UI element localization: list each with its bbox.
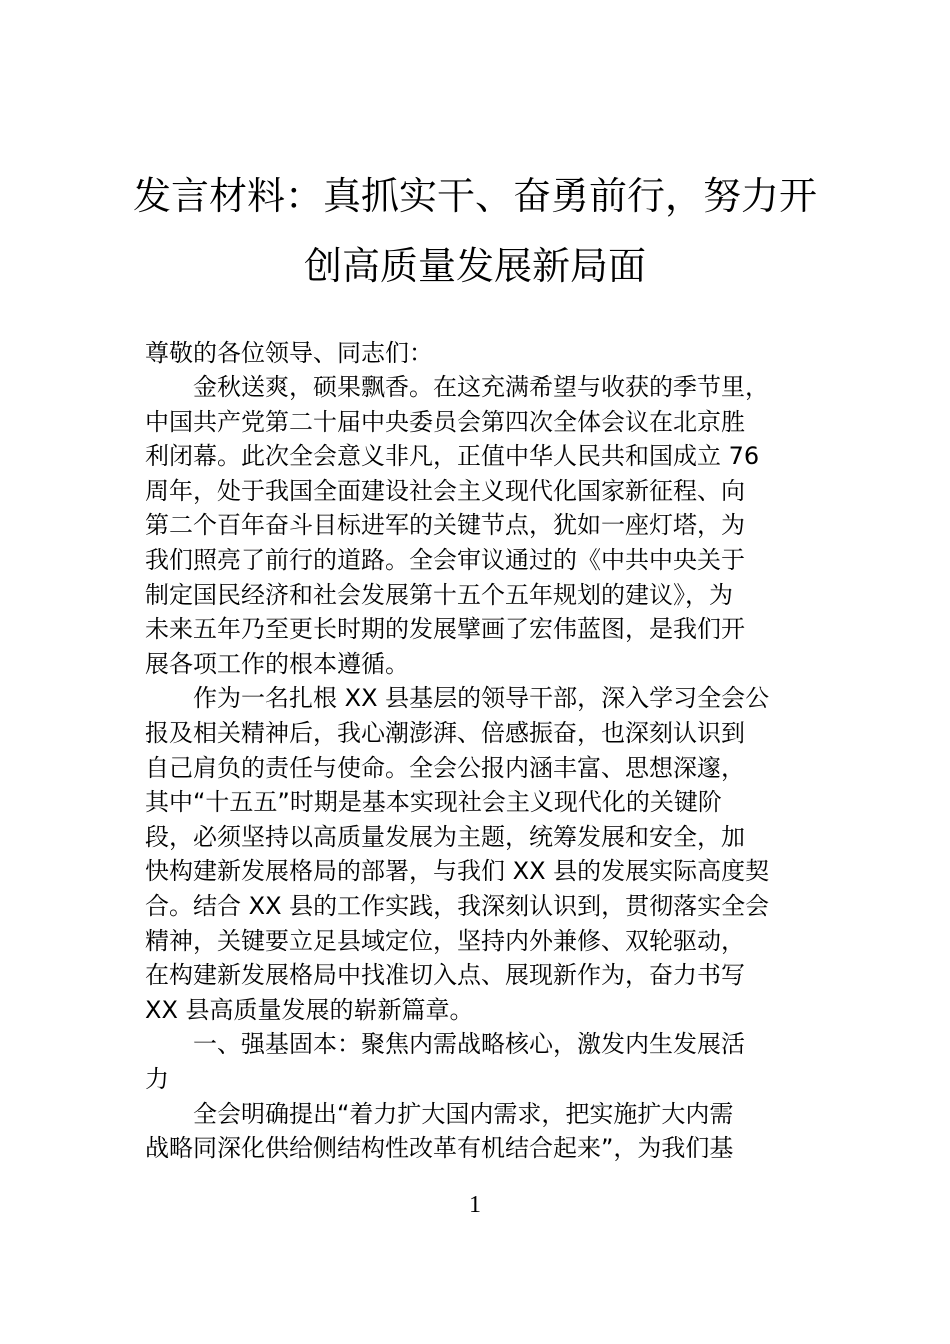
document-title-line-2: 创高质量发展新局面 (0, 244, 950, 288)
body-text-line: 一、强基固本：聚焦内需战略核心，激发内生发展活 (193, 1029, 863, 1059)
salutation: 尊敬的各位领导、同志们： (145, 338, 815, 368)
body-text-line: 快构建新发展格局的部署，与我们 XX 县的发展实际高度契 (145, 856, 815, 886)
body-text-line: 自己肩负的责任与使命。全会公报内涵丰富、思想深邃， (145, 753, 815, 783)
body-text-line: 精神，关键要立足县域定位，坚持内外兼修、双轮驱动， (145, 926, 815, 956)
body-text-line: 利闭幕。此次全会意义非凡，正值中华人民共和国成立 76 (145, 441, 815, 471)
document-page: 发言材料：真抓实干、奋勇前行，努力开 创高质量发展新局面 尊敬的各位领导、同志们… (0, 0, 950, 1344)
document-title-line-1: 发言材料：真抓实干、奋勇前行，努力开 (0, 174, 950, 218)
body-text-line: 中国共产党第二十届中央委员会第四次全体会议在北京胜 (145, 407, 815, 437)
body-text-line: 段，必须坚持以高质量发展为主题，统筹发展和安全，加 (145, 822, 815, 852)
body-text-line: 其中“十五五”时期是基本实现社会主义现代化的关键阶 (145, 787, 815, 817)
body-text-line: 制定国民经济和社会发展第十五个五年规划的建议》，为 (145, 580, 815, 610)
body-text-line: XX 县高质量发展的崭新篇章。 (145, 995, 815, 1025)
body-text-line: 金秋送爽，硕果飘香。在这充满希望与收获的季节里， (193, 372, 863, 402)
body-text-line: 周年，处于我国全面建设社会主义现代化国家新征程、向 (145, 476, 815, 506)
body-text-line: 展各项工作的根本遵循。 (145, 649, 815, 679)
body-text-line: 力 (145, 1064, 815, 1094)
page-number: 1 (0, 1190, 950, 1220)
body-text-line: 作为一名扎根 XX 县基层的领导干部，深入学习全会公 (193, 683, 863, 713)
body-text-line: 全会明确提出“着力扩大国内需求，把实施扩大内需 (193, 1099, 863, 1129)
body-text-line: 我们照亮了前行的道路。全会审议通过的《中共中央关于 (145, 545, 815, 575)
body-text-line: 第二个百年奋斗目标进军的关键节点，犹如一座灯塔，为 (145, 510, 815, 540)
body-text-line: 未来五年乃至更长时期的发展擘画了宏伟蓝图，是我们开 (145, 614, 815, 644)
body-text-line: 在构建新发展格局中找准切入点、展现新作为，奋力书写 (145, 960, 815, 990)
body-text-line: 合。结合 XX 县的工作实践，我深刻认识到，贯彻落实全会 (145, 891, 815, 921)
body-text-line: 报及相关精神后，我心潮澎湃、倍感振奋，也深刻认识到 (145, 718, 815, 748)
body-text-line: 战略同深化供给侧结构性改革有机结合起来”，为我们基 (145, 1133, 815, 1163)
